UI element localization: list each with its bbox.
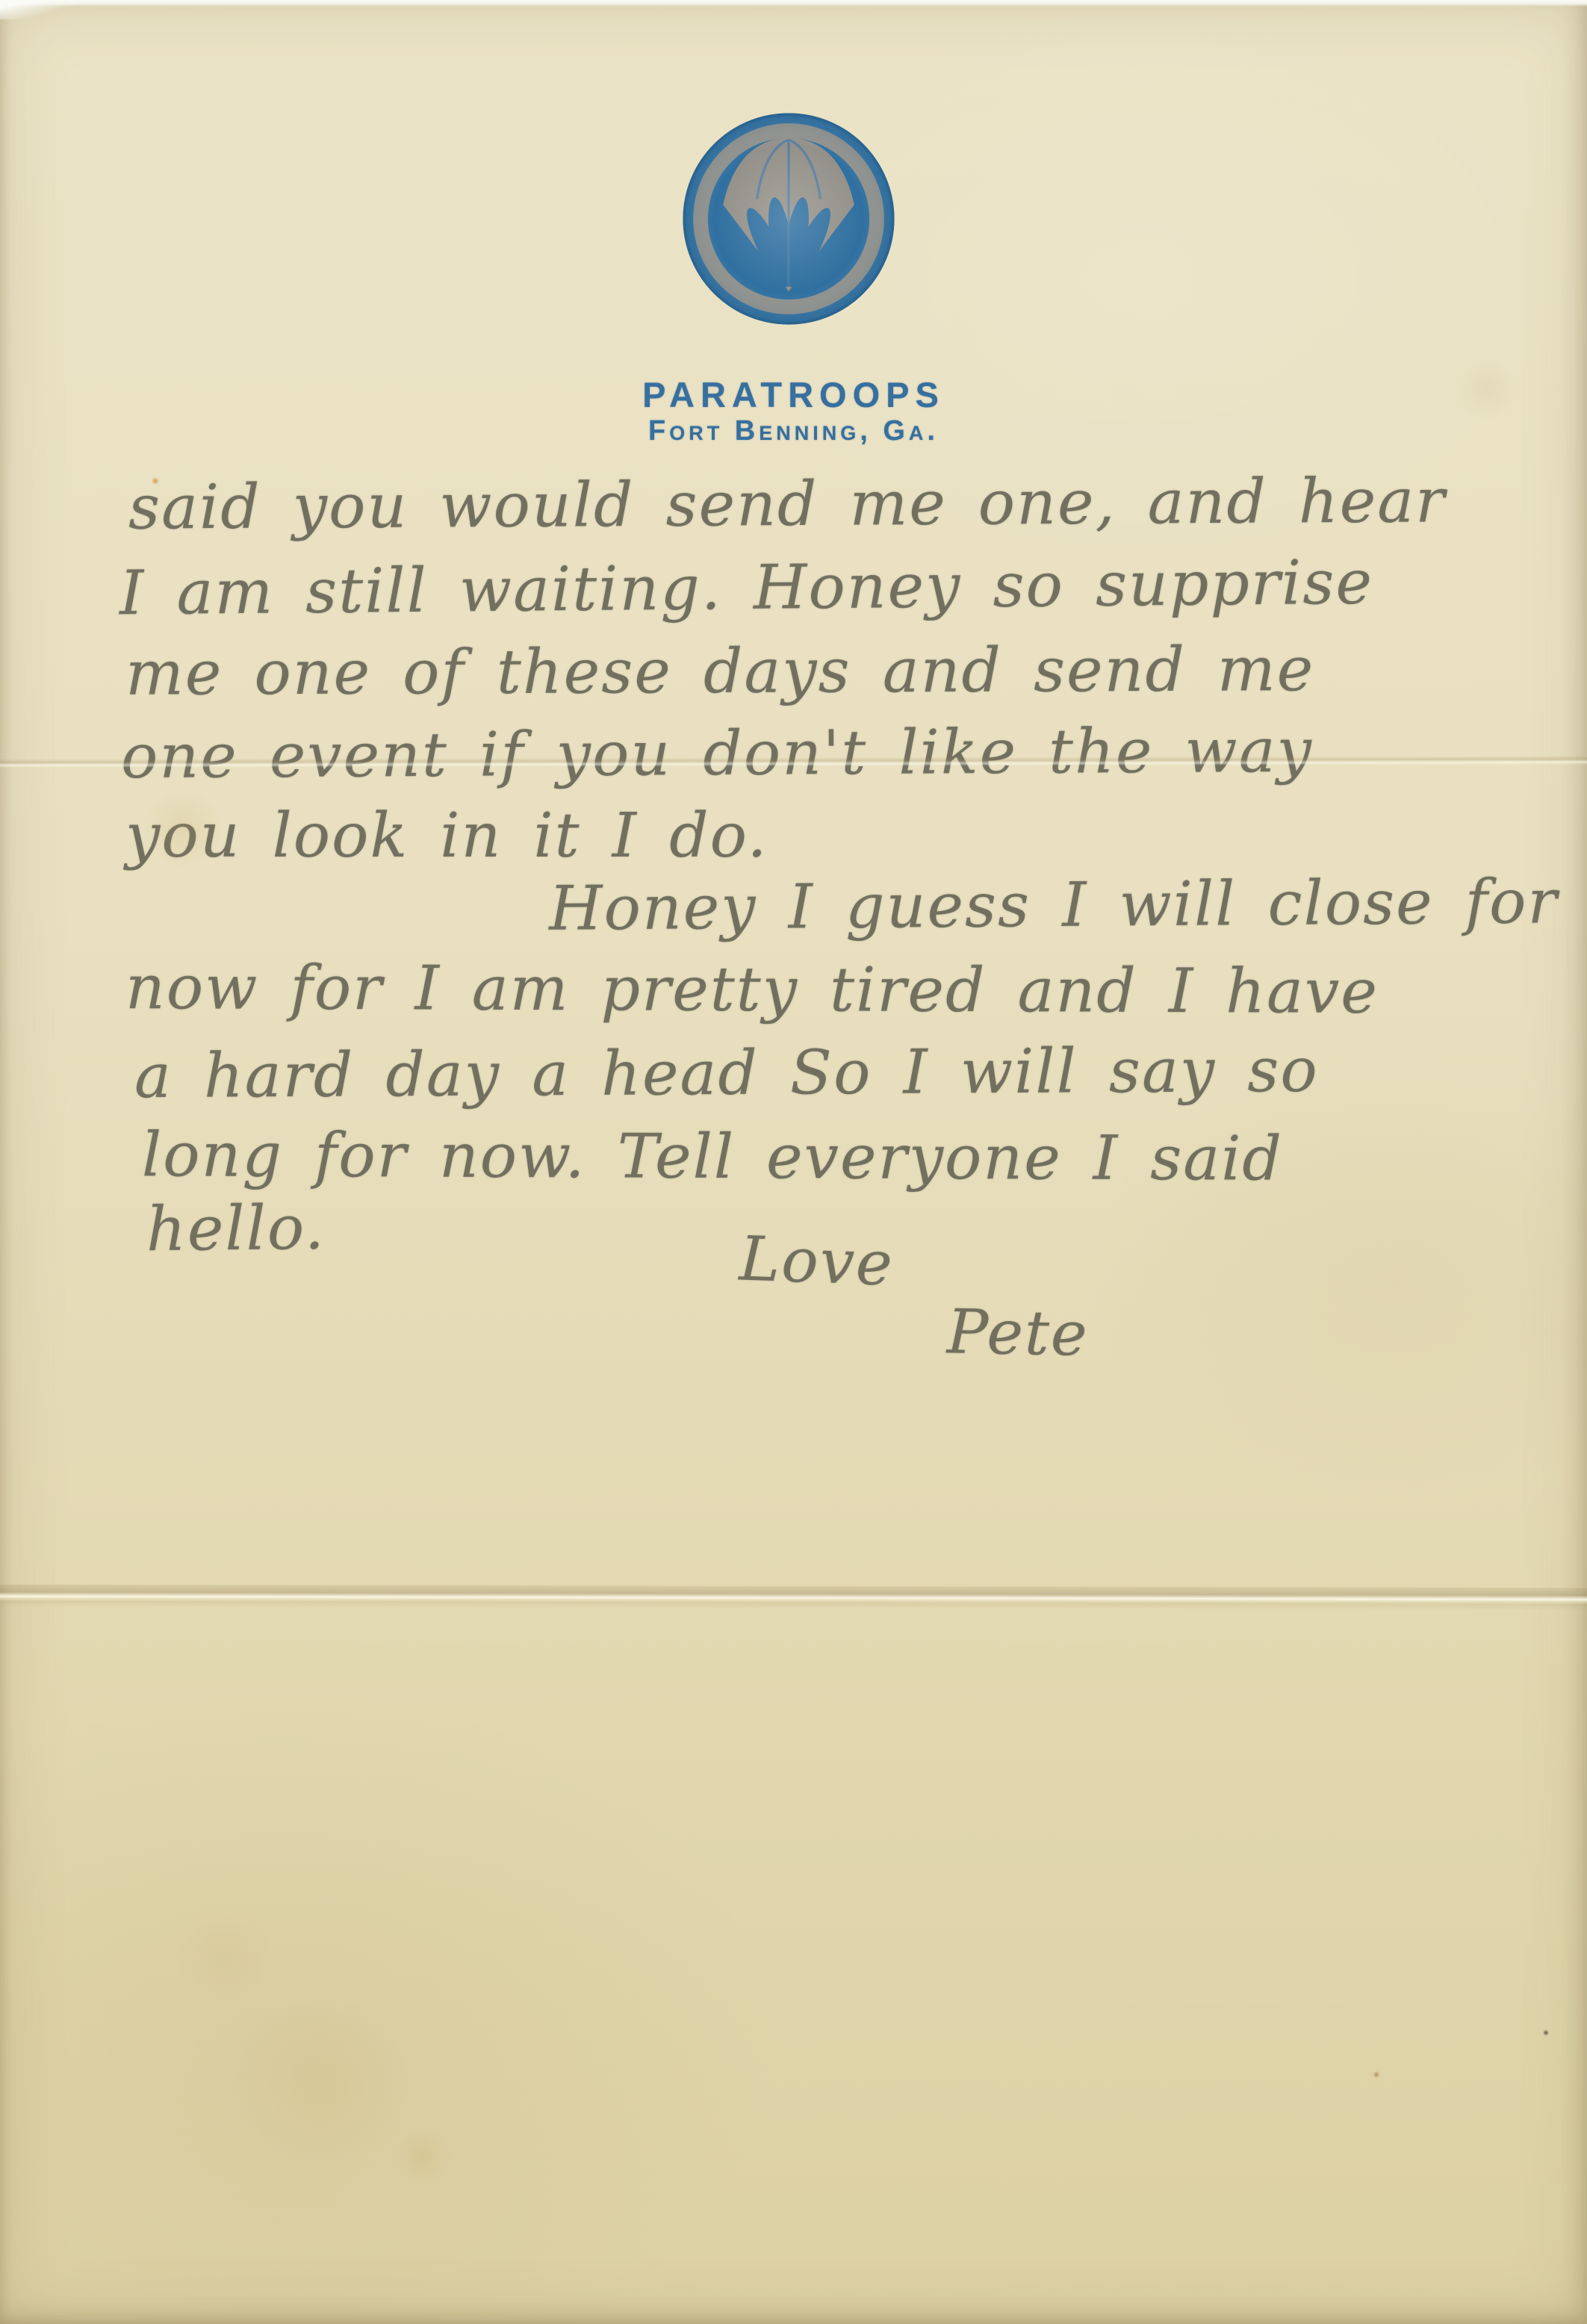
scan-edge-corner <box>0 0 90 19</box>
letter-page: PARATROOPS Fort Benning, Ga. said you wo… <box>0 0 1587 2324</box>
handwriting-line: Honey I guess I will close for <box>549 866 1559 944</box>
handwriting-line: now for I am pretty tired and I have <box>125 952 1379 1028</box>
paper-fold <box>0 1585 1587 1611</box>
handwriting-line: you look in it I do. <box>125 801 768 871</box>
handwriting-line: one event if you don't like the way <box>121 715 1313 792</box>
letterhead-title: PARATROOPS <box>0 374 1587 415</box>
handwriting-line: long for now. Tell everyone I said <box>142 1119 1283 1194</box>
signature-name: Pete <box>946 1296 1089 1370</box>
paratroops-emblem-icon <box>676 106 901 332</box>
letterhead-location: Fort Benning, Ga. <box>0 415 1587 447</box>
handwriting-line: said you would send me one, and hear <box>128 465 1447 543</box>
handwriting-line: me one of these days and send me <box>125 634 1315 709</box>
handwriting-line: I am still waiting. Honey so supprise <box>119 547 1374 630</box>
scan-edge-top <box>0 0 1587 7</box>
handwriting-line: hello. <box>146 1193 326 1266</box>
closing-word: Love <box>738 1223 895 1299</box>
handwriting-line: a hard day a head So I will say so <box>134 1035 1319 1112</box>
